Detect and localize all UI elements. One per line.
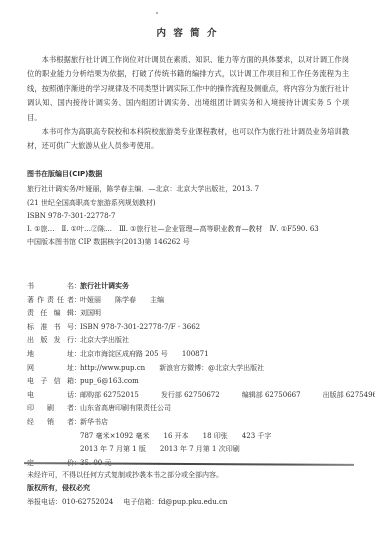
phone-value: 邮购部 62752015发行部 62750672编辑部 62750667出版部 … xyxy=(80,389,375,403)
colophon-row-book-title: 书名 ： 旅行社计调实务 xyxy=(27,280,357,294)
report-phone: 举报电话：010-62752024 xyxy=(27,498,113,506)
cip-line: 中国版本图书馆 CIP 数据核字(2013)第 146262 号 xyxy=(27,236,357,249)
edition-value: 2013 年 7 月第 1 版2013 年 7 月第 1 次印刷 xyxy=(80,443,357,457)
authors-value: 叶娅丽陈学春主编 xyxy=(80,294,357,308)
field-label: 网址 xyxy=(27,362,74,376)
field-label: 印刷者 xyxy=(27,402,74,416)
colophon-row-printer: 印刷者 ： 山东省高唐印刷有限责任公司 xyxy=(27,402,357,416)
cip-data-block: 图书在版编目(CIP)数据 旅行社计调实务/叶娅丽，陈学春主编．—北京：北京大学… xyxy=(27,168,357,250)
intro-paragraph-2: 本书可作为高职高专院校和本科院校旅游类专业课程教材，也可以作为旅行社计调员业务培… xyxy=(27,125,349,154)
section-title: 内 容 简 介 xyxy=(0,25,375,39)
editor-value: 刘国明 xyxy=(80,307,357,321)
book-title-value: 旅行社计调实务 xyxy=(80,280,357,294)
colophon-row-specs: 787 毫米×1092 毫米16 开本18 印张423 千字 xyxy=(27,430,357,444)
colophon-row-edition: 2013 年 7 月第 1 版2013 年 7 月第 1 次印刷 xyxy=(27,443,357,457)
colophon-row-phone: 电话 ： 邮购部 62752015发行部 62750672编辑部 6275066… xyxy=(27,389,357,403)
cip-heading: 图书在版编目(CIP)数据 xyxy=(27,168,357,181)
cip-line: (21 世纪全国高职高专旅游系列规划教材) xyxy=(27,197,357,210)
field-label: 书名 xyxy=(27,280,74,294)
copyright-footer: 未经许可，不得以任何方式复制或抄袭本书之部分或全部内容。 版权所有，侵权必究 举… xyxy=(27,469,357,509)
colophon-row-isbn: 标准书号 ： ISBN 978-7-301-22778-7/F · 3662 xyxy=(27,321,357,335)
colophon-row-website: 网址 ： http://www.pup.cn新浪官方微博：@北京大学出版社 xyxy=(27,362,357,376)
cip-line: 旅行社计调实务/叶娅丽，陈学春主编．—北京：北京大学出版社，2013. 7 xyxy=(27,183,357,196)
rights-reserved: 版权所有，侵权必究 xyxy=(27,482,357,495)
report-contact: 举报电话：010-62752024电子信箱：fd@pup.pku.edu.cn xyxy=(27,496,357,509)
cip-line: ISBN 978-7-301-22778-7 xyxy=(27,210,357,223)
cip-line: Ⅰ. ①旅… Ⅱ. ①叶…②陈… Ⅲ. ①旅行社—企业管理—高等职业教育—教材 … xyxy=(27,223,357,236)
field-label: 标准书号 xyxy=(27,321,74,335)
reproduction-notice: 未经许可，不得以任何方式复制或抄袭本书之部分或全部内容。 xyxy=(27,469,357,482)
printer-value: 山东省高唐印刷有限责任公司 xyxy=(80,402,357,416)
report-email: 电子信箱：fd@pup.pku.edu.cn xyxy=(123,498,227,506)
intro-paragraph-1: 本书根据旅行社计调工作岗位对计调员在素质、知识、能力等方面的具体要求，以对计调工… xyxy=(27,53,349,125)
website-value: http://www.pup.cn新浪官方微博：@北京大学出版社 xyxy=(80,362,357,376)
specs-value: 787 毫米×1092 毫米16 开本18 印张423 千字 xyxy=(80,430,357,444)
colophon-row-distributor: 经销者 ： 新华书店 xyxy=(27,416,357,430)
field-label: 电子信箱 xyxy=(27,375,74,389)
colophon-row-editor: 责任编辑 ： 刘国明 xyxy=(27,307,357,321)
colophon-row-email: 电子信箱 ： pup_6@163.com xyxy=(27,375,357,389)
field-label: 电话 xyxy=(27,389,74,403)
introduction: 本书根据旅行社计调工作岗位对计调员在素质、知识、能力等方面的具体要求，以对计调工… xyxy=(27,53,349,154)
email-value: pup_6@163.com xyxy=(80,375,357,389)
scan-speck xyxy=(156,12,158,14)
field-label: 责任编辑 xyxy=(27,307,74,321)
field-label: 经销者 xyxy=(27,416,74,430)
field-label: 出版发行 xyxy=(27,334,74,348)
field-label: 著作责任者 xyxy=(27,294,74,308)
distributor-value: 新华书店 xyxy=(80,416,357,430)
field-label: 地址 xyxy=(27,348,74,362)
address-value: 北京市海淀区成府路 205 号100871 xyxy=(80,348,357,362)
isbn-value: ISBN 978-7-301-22778-7/F · 3662 xyxy=(80,321,357,335)
website-link: http://www.pup.cn xyxy=(80,364,145,372)
colophon: 书名 ： 旅行社计调实务 著作责任者 ： 叶娅丽陈学春主编 责任编辑 ： 刘国明… xyxy=(27,280,357,470)
publisher-value: 北京大学出版社 xyxy=(80,334,357,348)
colophon-row-publisher: 出版发行 ： 北京大学出版社 xyxy=(27,334,357,348)
colophon-row-address: 地址 ： 北京市海淀区成府路 205 号100871 xyxy=(27,348,357,362)
colophon-row-authors: 著作责任者 ： 叶娅丽陈学春主编 xyxy=(27,294,357,308)
copyright-page: 内 容 简 介 本书根据旅行社计调工作岗位对计调员在素质、知识、能力等方面的具体… xyxy=(0,0,375,542)
